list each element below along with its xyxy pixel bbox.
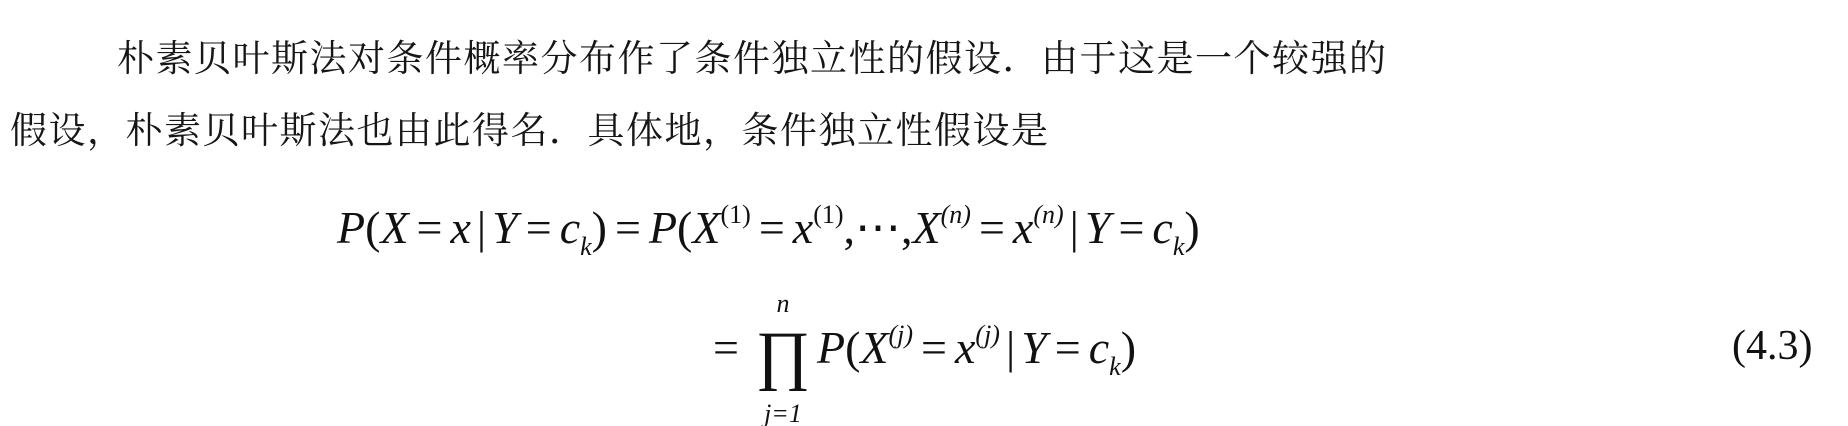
conditional-bar: |	[1006, 322, 1015, 373]
paren-open: (	[365, 202, 380, 253]
subscript-k: k	[1109, 352, 1121, 381]
equals-sign: =	[526, 202, 552, 253]
comma: ,	[901, 202, 913, 253]
var-x: x	[451, 202, 471, 253]
equals-sign: =	[615, 202, 641, 253]
product-upper-limit: n	[753, 291, 813, 317]
equals-sign: =	[921, 322, 947, 373]
paren-close: )	[1121, 322, 1136, 373]
var-x: x	[793, 202, 813, 253]
var-c: c	[1152, 202, 1172, 253]
equals-sign: =	[979, 202, 1005, 253]
superscript-j: (j)	[889, 320, 914, 349]
product-operator: n∏j=1	[753, 323, 813, 389]
paragraph-line-2: 假设，朴素贝叶斯法也由此得名．具体地，条件独立性假设是	[10, 112, 1050, 149]
var-X: X	[860, 322, 888, 373]
superscript-j: (j)	[975, 320, 1000, 349]
equals-sign: =	[713, 322, 739, 373]
paren-open: (	[845, 322, 860, 373]
comma: ,	[844, 202, 856, 253]
ellipsis: ⋯	[855, 202, 901, 253]
product-symbol-icon: ∏	[753, 323, 813, 389]
var-Y: Y	[1085, 202, 1111, 253]
superscript-1: (1)	[720, 200, 750, 229]
func-P: P	[337, 202, 365, 253]
equals-sign: =	[1055, 322, 1081, 373]
var-X: X	[692, 202, 720, 253]
var-X: X	[380, 202, 408, 253]
equation-number: (4.3)	[1732, 325, 1812, 367]
var-x: x	[1013, 202, 1033, 253]
product-lower-limit-text: j=1	[764, 399, 802, 426]
var-Y: Y	[492, 202, 518, 253]
equation-line-2: =n∏j=1P(X(j)=x(j)|Y=ck)	[705, 323, 1136, 389]
paragraph-line-1: 朴素贝叶斯法对条件概率分布作了条件独立性的假设．由于这是一个较强的	[117, 40, 1388, 77]
paren-open: (	[677, 202, 692, 253]
subscript-k: k	[580, 232, 592, 261]
var-x: x	[955, 322, 975, 373]
equation-line-1: P(X=x|Y=ck)=P(X(1)=x(1),⋯,X(n)=x(n)|Y=ck…	[337, 205, 1200, 251]
equals-sign: =	[759, 202, 785, 253]
paren-close: )	[592, 202, 607, 253]
var-X: X	[913, 202, 941, 253]
conditional-bar: |	[1070, 202, 1079, 253]
paren-close: )	[1184, 202, 1199, 253]
func-P: P	[649, 202, 677, 253]
var-c: c	[560, 202, 580, 253]
var-Y: Y	[1021, 322, 1047, 373]
func-P: P	[817, 322, 845, 373]
var-c: c	[1089, 322, 1109, 373]
superscript-1: (1)	[813, 200, 843, 229]
subscript-k: k	[1173, 232, 1185, 261]
conditional-bar: |	[477, 202, 486, 253]
superscript-n: (n)	[1033, 200, 1063, 229]
equals-sign: =	[417, 202, 443, 253]
product-lower-limit: j=1	[753, 401, 813, 426]
equals-sign: =	[1118, 202, 1144, 253]
superscript-n: (n)	[941, 200, 971, 229]
